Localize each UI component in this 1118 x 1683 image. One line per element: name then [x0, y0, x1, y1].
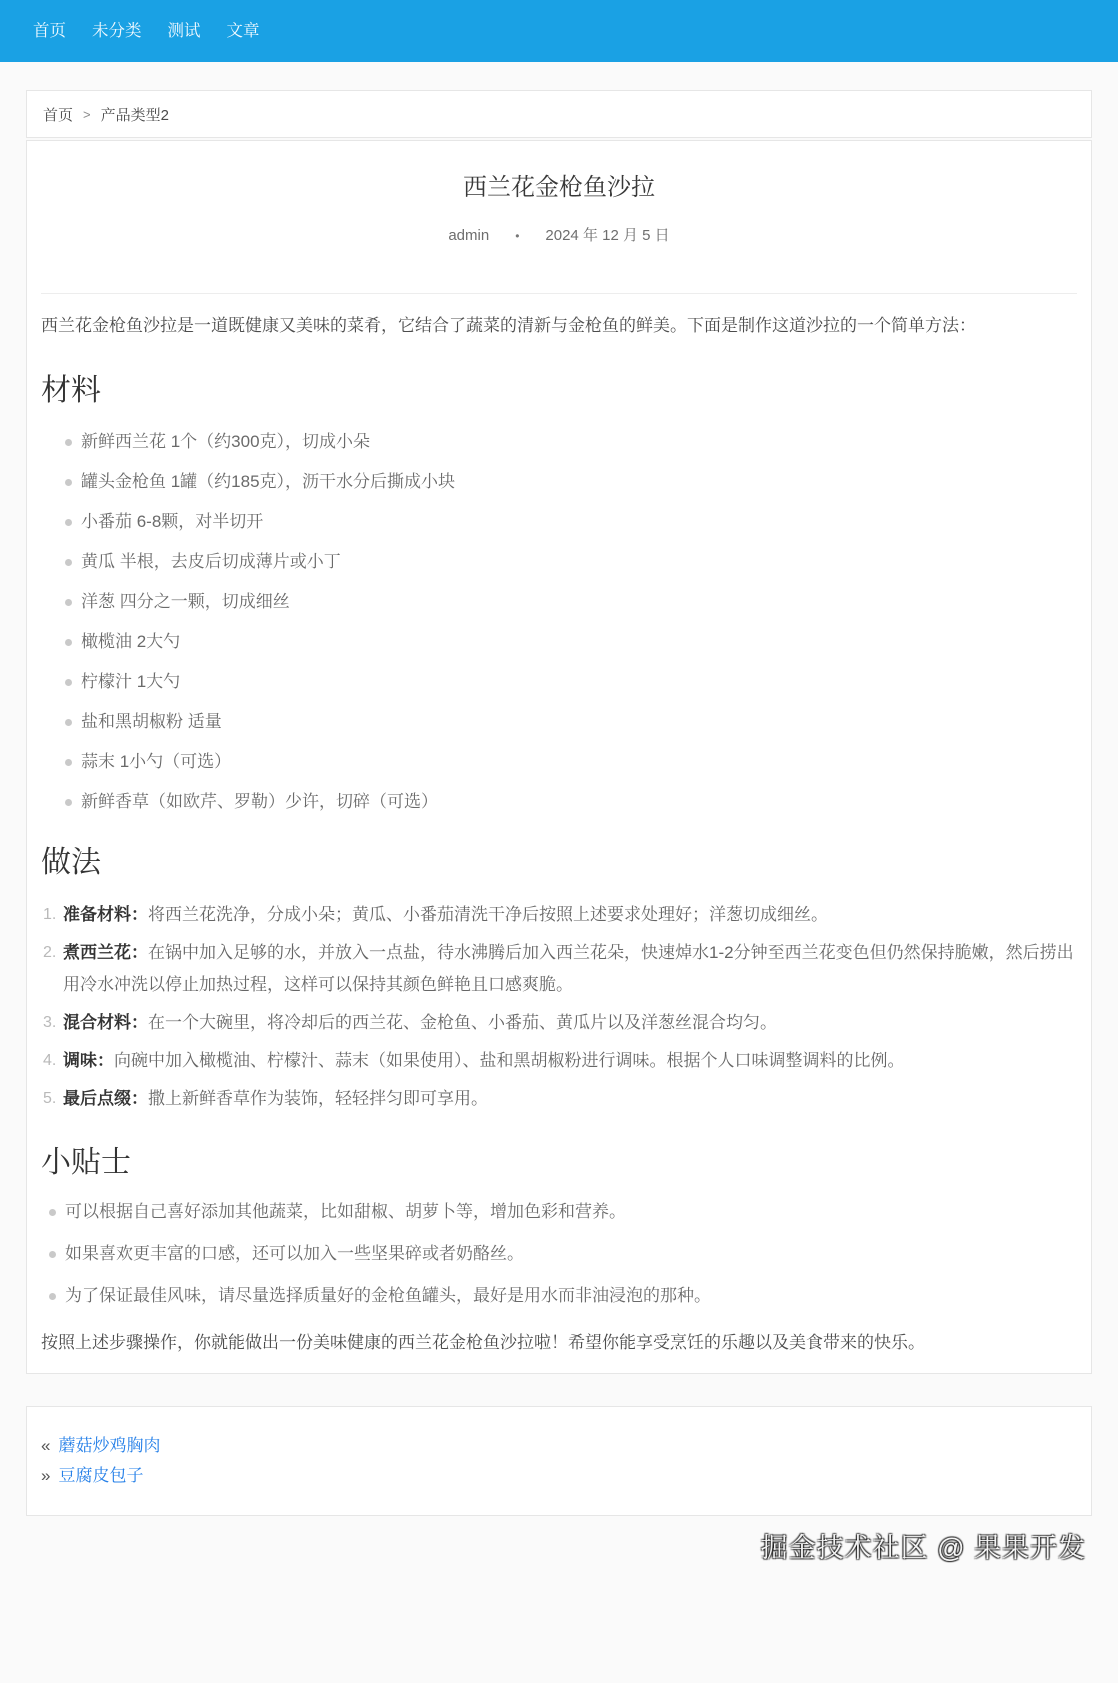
list-item: 盐和黑胡椒粉 适量	[81, 709, 1077, 735]
nav-link-test[interactable]: 测试	[155, 0, 214, 62]
list-item: 小番茄 6-8颗，对半切开	[81, 509, 1077, 535]
nav-link-home[interactable]: 首页	[20, 0, 79, 62]
materials-list: 新鲜西兰花 1个（约300克），切成小朵 罐头金枪鱼 1罐（约185克），沥干水…	[41, 429, 1077, 815]
list-item: 新鲜西兰花 1个（约300克），切成小朵	[81, 429, 1077, 455]
section-heading-tips: 小贴士	[41, 1141, 1077, 1185]
step-label: 混合材料：	[63, 1013, 148, 1032]
nav-link-articles[interactable]: 文章	[214, 0, 273, 62]
tips-list: 可以根据自己喜好添加其他蔬菜，比如甜椒、胡萝卜等，增加色彩和营养。 如果喜欢更丰…	[41, 1199, 1077, 1309]
breadcrumb-current: 产品类型2	[101, 104, 169, 125]
step-label: 调味：	[63, 1051, 114, 1070]
list-item: 橄榄油 2大勺	[81, 629, 1077, 655]
step-label: 最后点缀：	[63, 1089, 148, 1108]
prev-post-link[interactable]: 蘑菇炒鸡胸肉	[58, 1436, 160, 1455]
page-main: 首页 > 产品类型2 西兰花金枪鱼沙拉 admin • 2024 年 12 月 …	[26, 90, 1092, 1565]
post-meta: admin • 2024 年 12 月 5 日	[41, 225, 1077, 247]
list-item: 新鲜香草（如欧芹、罗勒）少许，切碎（可选）	[81, 789, 1077, 815]
watermark: 掘金技术社区 @ 果果开发	[26, 1526, 1092, 1565]
meta-dot-separator: •	[515, 225, 519, 247]
post-date: 2024 年 12 月 5 日	[545, 225, 669, 247]
top-navbar: 首页 未分类 测试 文章	[0, 0, 1118, 62]
breadcrumb-separator: >	[83, 107, 91, 122]
list-item: 如果喜欢更丰富的口感，还可以加入一些坚果碎或者奶酪丝。	[65, 1241, 1077, 1267]
step-item: 最后点缀：撒上新鲜香草作为装饰，轻轻拌匀即可享用。	[41, 1083, 1077, 1115]
list-item: 罐头金枪鱼 1罐（约185克），沥干水分后撕成小块	[81, 469, 1077, 495]
meta-divider	[41, 293, 1077, 294]
post-title: 西兰花金枪鱼沙拉	[41, 169, 1077, 207]
breadcrumb: 首页 > 产品类型2	[26, 90, 1092, 138]
step-text: 撒上新鲜香草作为装饰，轻轻拌匀即可享用。	[148, 1089, 488, 1108]
next-marker: »	[41, 1466, 50, 1485]
intro-paragraph: 西兰花金枪鱼沙拉是一道既健康又美味的菜肴，它结合了蔬菜的清新与金枪鱼的鲜美。下面…	[41, 308, 1077, 343]
section-heading-materials: 材料	[41, 369, 1077, 413]
step-label: 煮西兰花：	[63, 943, 148, 962]
list-item: 洋葱 四分之一颗，切成细丝	[81, 589, 1077, 615]
step-item: 煮西兰花：在锅中加入足够的水，并放入一点盐，待水沸腾后加入西兰花朵，快速焯水1-…	[41, 937, 1077, 1001]
step-item: 准备材料：将西兰花洗净，分成小朵；黄瓜、小番茄清洗干净后按照上述要求处理好；洋葱…	[41, 899, 1077, 931]
list-item: 黄瓜 半根，去皮后切成薄片或小丁	[81, 549, 1077, 575]
step-label: 准备材料：	[63, 905, 148, 924]
post-navigation: «蘑菇炒鸡胸肉 »豆腐皮包子	[26, 1406, 1092, 1516]
steps-list: 准备材料：将西兰花洗净，分成小朵；黄瓜、小番茄清洗干净后按照上述要求处理好；洋葱…	[41, 899, 1077, 1115]
nav-link-uncategorized[interactable]: 未分类	[79, 0, 155, 62]
list-item: 可以根据自己喜好添加其他蔬菜，比如甜椒、胡萝卜等，增加色彩和营养。	[65, 1199, 1077, 1225]
article-card: 西兰花金枪鱼沙拉 admin • 2024 年 12 月 5 日 西兰花金枪鱼沙…	[26, 140, 1092, 1374]
section-heading-steps: 做法	[41, 841, 1077, 885]
next-post-link[interactable]: 豆腐皮包子	[58, 1466, 143, 1485]
step-text: 将西兰花洗净，分成小朵；黄瓜、小番茄清洗干净后按照上述要求处理好；洋葱切成细丝。	[148, 905, 828, 924]
list-item: 蒜末 1小勺（可选）	[81, 749, 1077, 775]
list-item: 为了保证最佳风味，请尽量选择质量好的金枪鱼罐头，最好是用水而非油浸泡的那种。	[65, 1283, 1077, 1309]
step-item: 调味：向碗中加入橄榄油、柠檬汁、蒜末（如果使用）、盐和黑胡椒粉进行调味。根据个人…	[41, 1045, 1077, 1077]
prev-marker: «	[41, 1436, 50, 1455]
closing-paragraph: 按照上述步骤操作，你就能做出一份美味健康的西兰花金枪鱼沙拉啦！希望你能享受烹饪的…	[41, 1325, 1077, 1361]
list-item: 柠檬汁 1大勺	[81, 669, 1077, 695]
breadcrumb-home-link[interactable]: 首页	[43, 104, 73, 125]
post-author: admin	[448, 225, 489, 247]
step-text: 在锅中加入足够的水，并放入一点盐，待水沸腾后加入西兰花朵，快速焯水1-2分钟至西…	[63, 943, 1074, 994]
step-text: 向碗中加入橄榄油、柠檬汁、蒜末（如果使用）、盐和黑胡椒粉进行调味。根据个人口味调…	[114, 1051, 905, 1070]
step-item: 混合材料：在一个大碗里，将冷却后的西兰花、金枪鱼、小番茄、黄瓜片以及洋葱丝混合均…	[41, 1007, 1077, 1039]
step-text: 在一个大碗里，将冷却后的西兰花、金枪鱼、小番茄、黄瓜片以及洋葱丝混合均匀。	[148, 1013, 777, 1032]
next-post-row: »豆腐皮包子	[41, 1463, 1077, 1489]
prev-post-row: «蘑菇炒鸡胸肉	[41, 1433, 1077, 1459]
